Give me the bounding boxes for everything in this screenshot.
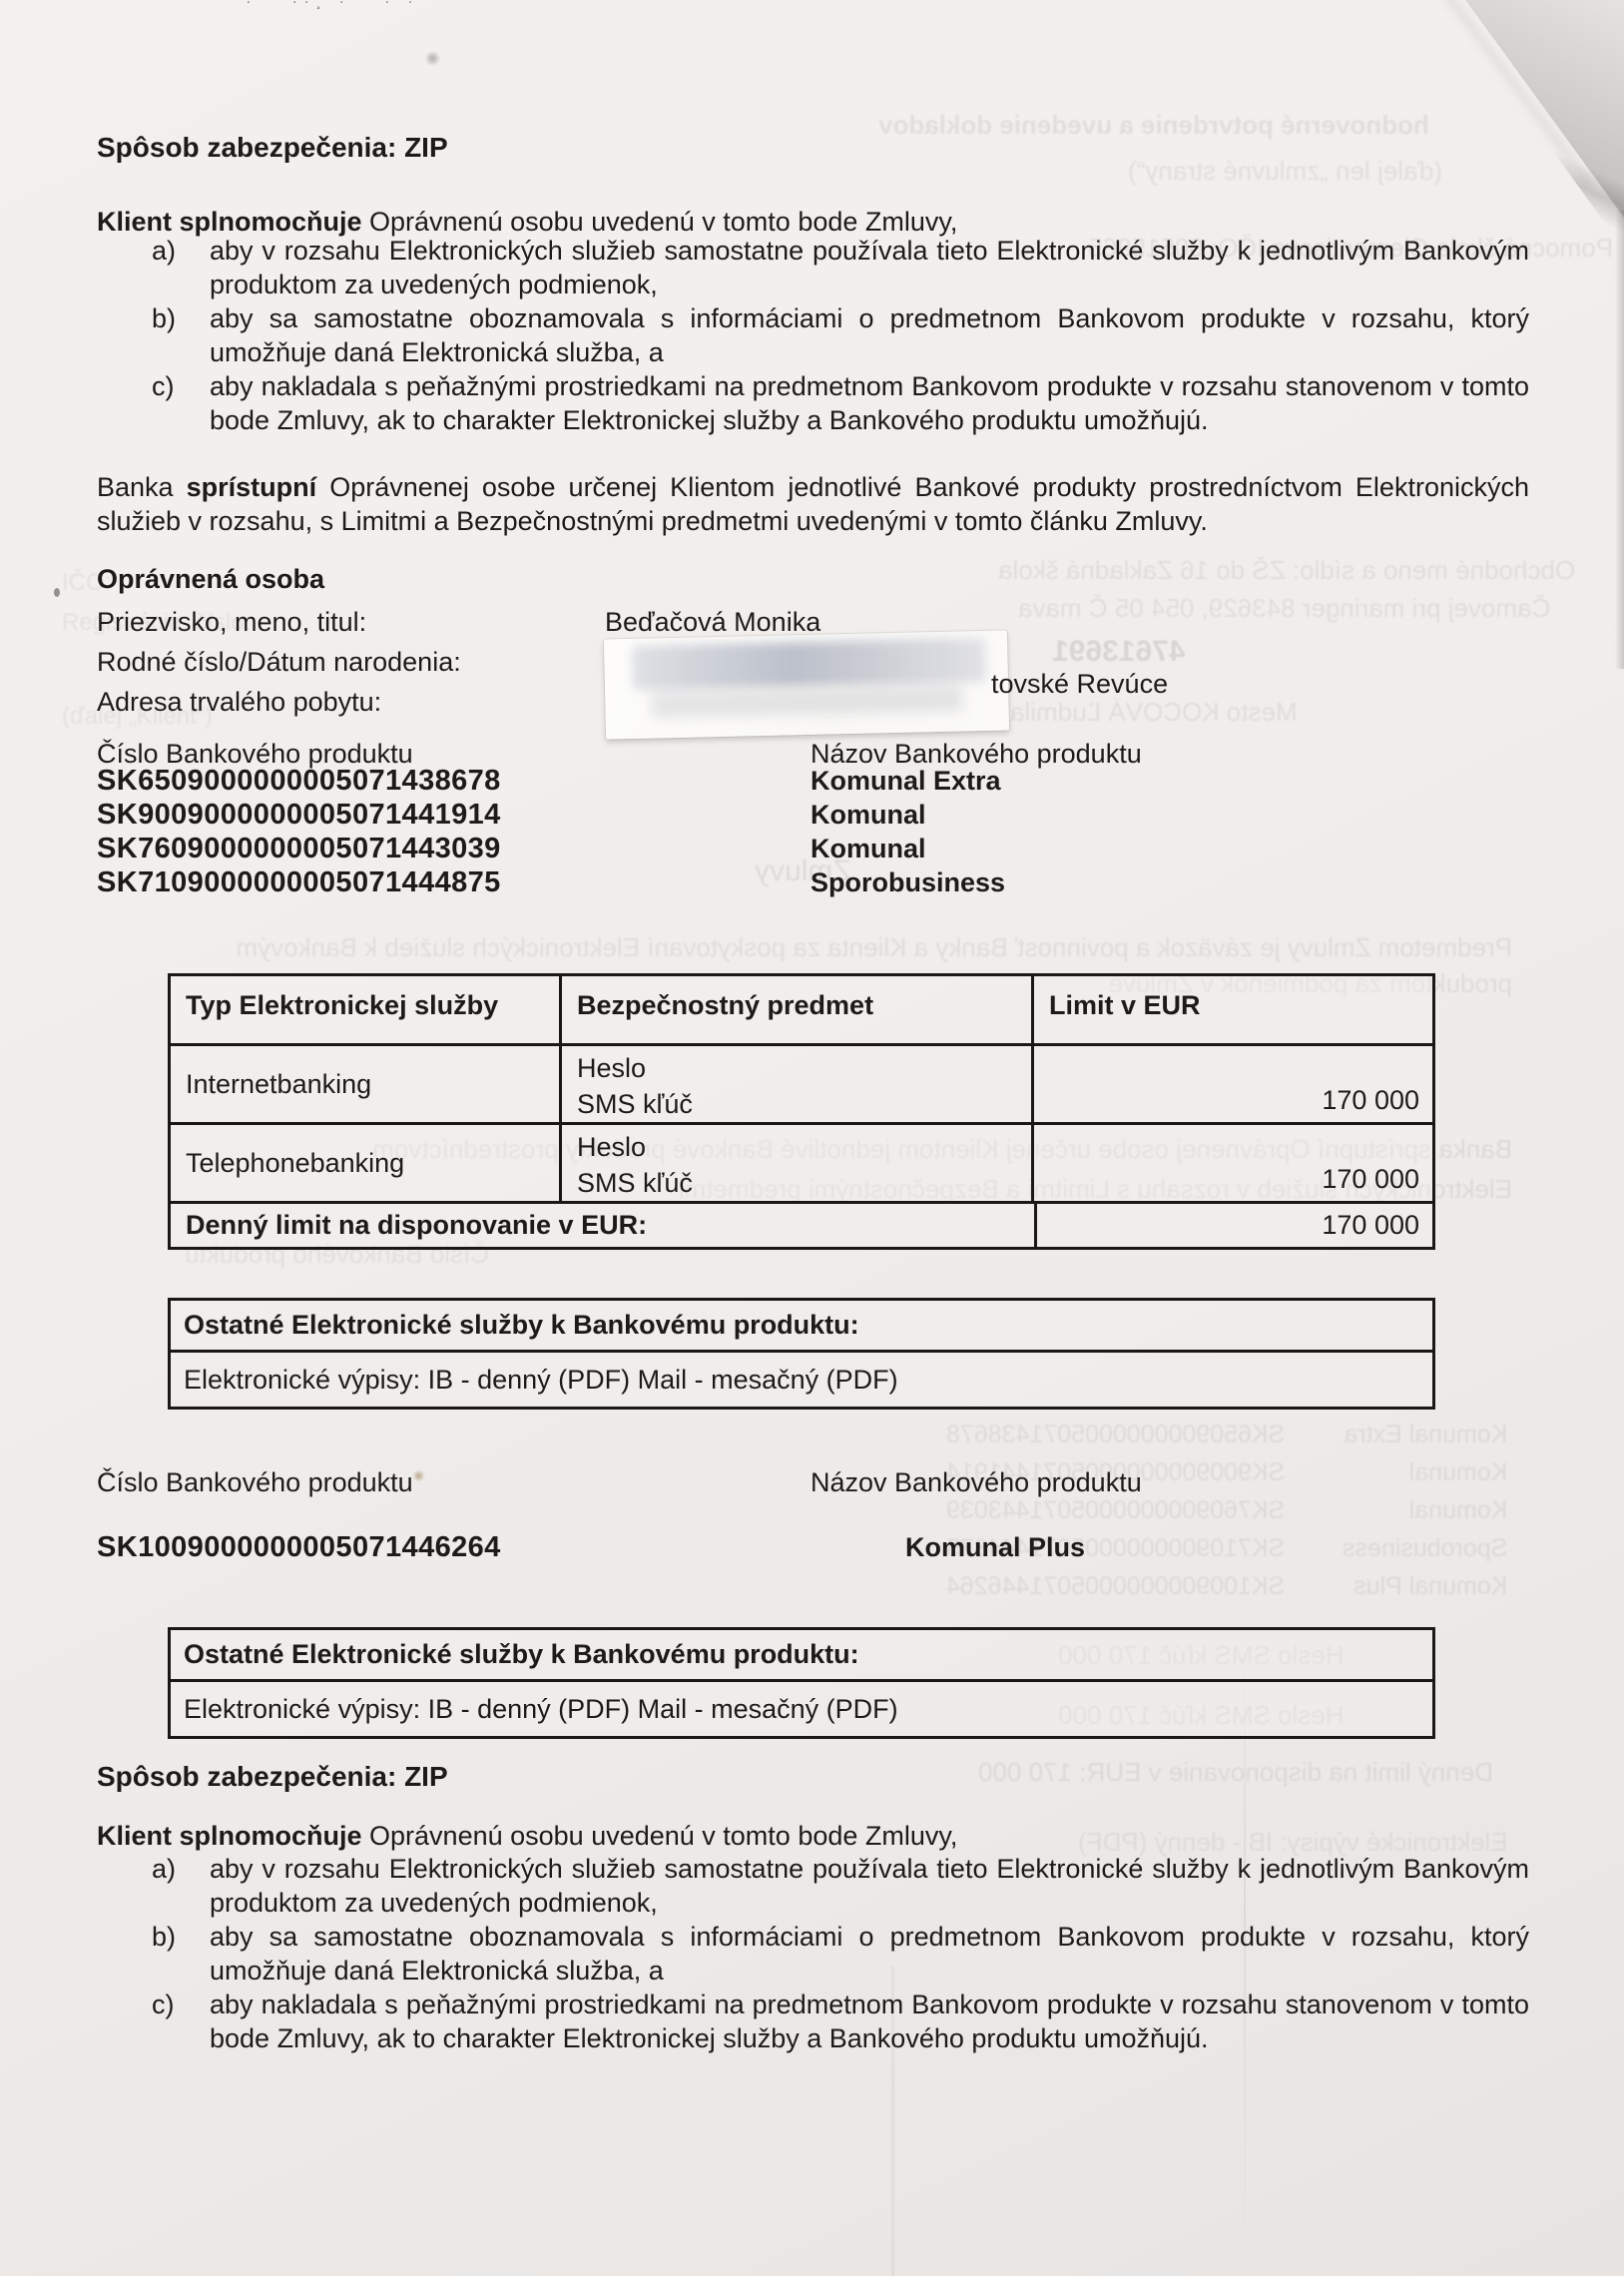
list-item-text: aby sa samostatne oboznamovala s informá…	[210, 303, 1529, 367]
client-authorizes-intro-rest: Oprávnenú osobu uvedenú v tomto bode Zml…	[362, 1821, 958, 1851]
product-name: Sporobusiness	[811, 867, 1005, 897]
service-name: Telephonebanking	[171, 1125, 562, 1201]
product-iban: SK7609000000005071443039	[97, 832, 811, 865]
client-authorizes-intro-bold: Klient splnomocňuje	[97, 207, 362, 237]
bank-paragraph-bold: sprístupní	[187, 472, 317, 502]
product-name: Komunal	[811, 800, 926, 830]
bleedthrough-text: hodnoverné potvrdenie a uvedenie doklado…	[878, 110, 1429, 141]
other-services-content: Elektronické výpisy: IB - denný (PDF) Ma…	[171, 1353, 1432, 1407]
other-services-box-1: Ostatné Elektronické služby k Bankovému …	[168, 1298, 1435, 1410]
list-item-b: b)aby sa samostatne oboznamovala s infor…	[97, 301, 1529, 369]
bank-paragraph-pre: Banka	[97, 472, 187, 502]
bleedthrough-text: SK6509000000005071438678 SK9009000000005…	[946, 1416, 1285, 1605]
client-authorizes-intro: Klient splnomocňuje Oprávnenú osobu uved…	[97, 1819, 1529, 1853]
bank-provides-paragraph: Banka sprístupní Oprávnenej osobe určene…	[97, 470, 1529, 538]
scanned-contract-page: ʼ· ˙ ··¸ ·ʼ ˙· · hodnoverné potvrdenie a…	[0, 0, 1624, 2276]
redaction-sticker	[604, 630, 1009, 739]
list-item-text: aby v rozsahu Elektronických služieb sam…	[210, 1854, 1529, 1918]
product-row: SK7109000000005071444875Sporobusiness	[97, 865, 1005, 899]
list-item-text: aby nakladala s peňažnými prostriedkami …	[210, 371, 1529, 435]
product-name: Komunal Extra	[811, 766, 1001, 796]
product-name: Komunal	[811, 834, 926, 863]
security-item: SMS kľúč	[577, 1165, 1031, 1201]
authorization-items-list: a)aby v rozsahu Elektronických služieb s…	[97, 1852, 1529, 2055]
security-method-heading: Spôsob zabezpečenia: ZIP	[97, 1760, 448, 1794]
product-iban: SK9009000000005071441914	[97, 798, 811, 832]
product-name-header: Názov Bankového produktu	[811, 1465, 1142, 1499]
covered-text-ghost	[651, 685, 963, 718]
list-marker: a)	[152, 234, 176, 268]
name-label: Priezvisko, meno, titul:	[97, 605, 366, 639]
service-name: Internetbanking	[171, 1046, 562, 1122]
product-name: Komunal Plus	[905, 1532, 1085, 1562]
other-services-content: Elektronické výpisy: IB - denný (PDF) Ma…	[171, 1682, 1432, 1736]
column-header-service-type: Typ Elektronickej služby	[171, 976, 562, 1043]
scan-speck	[54, 588, 60, 597]
product-row: SK9009000000005071441914Komunal	[97, 798, 1005, 832]
address-label: Adresa trvalého pobytu:	[97, 685, 381, 719]
product-row: SK7609000000005071443039Komunal	[97, 832, 1005, 865]
list-item-text: aby v rozsahu Elektronických služieb sam…	[210, 236, 1529, 299]
column-header-security-item: Bezpečnostný predmet	[562, 976, 1034, 1043]
list-item-text: aby sa samostatne oboznamovala s informá…	[210, 1922, 1529, 1986]
list-marker: b)	[152, 1920, 176, 1954]
security-item: SMS kľúč	[577, 1086, 1031, 1122]
other-services-heading: Ostatné Elektronické služby k Bankovému …	[171, 1301, 1432, 1353]
scan-speck	[412, 1470, 425, 1481]
limits-table-row-telephonebanking: Telephonebanking HesloSMS kľúč 170 000	[171, 1125, 1432, 1204]
product-rows: SK6509000000005071438678Komunal Extra SK…	[97, 764, 1005, 899]
product-row: SK6509000000005071438678Komunal Extra	[97, 764, 1005, 798]
authorized-person-heading: Oprávnená osoba	[97, 562, 324, 596]
product-iban: SK7109000000005071444875	[97, 865, 811, 899]
cut-off-top-text-fragment: ʼ· ˙ ··¸ ·ʼ ˙· ·	[236, 0, 419, 10]
product-row: SK1009000000005071446264Komunal Plus	[97, 1530, 1085, 1564]
limit-value: 170 000	[1034, 1046, 1432, 1122]
bleedthrough-text: Obchodné meno a sídlo: ZŠ do 16 Zakladná…	[998, 555, 1575, 586]
authorization-items-list: a)aby v rozsahu Elektronických služieb s…	[97, 234, 1529, 437]
limits-table-row-internetbanking: Internetbanking HesloSMS kľúč 170 000	[171, 1046, 1432, 1125]
bleedthrough-text: 47613691	[1052, 635, 1185, 669]
bleedthrough-text: Mesto KOCOVÁ Ľudmila	[1010, 697, 1298, 728]
security-item: Heslo	[577, 1050, 1031, 1086]
product-number-header: Číslo Bankového produktu	[97, 1465, 413, 1499]
limit-value: 170 000	[1034, 1125, 1432, 1201]
bleedthrough-text: Komunal Extra Komunal Komunal Sporobusin…	[1343, 1416, 1507, 1605]
daily-limit-value: 170 000	[1037, 1204, 1432, 1247]
daily-limit-label: Denný limit na disponovanie v EUR:	[171, 1204, 1037, 1247]
client-authorizes-intro-rest: Oprávnenú osobu uvedenú v tomto bode Zml…	[362, 207, 958, 237]
address-visible-value: tovské Revúce	[991, 667, 1168, 701]
limits-table: Typ Elektronickej služby Bezpečnostný pr…	[168, 973, 1435, 1250]
list-marker: a)	[152, 1852, 176, 1886]
list-item-a: a)aby v rozsahu Elektronických služieb s…	[97, 1852, 1529, 1920]
limits-table-footer-row: Denný limit na disponovanie v EUR: 170 0…	[171, 1204, 1432, 1247]
client-authorizes-intro-bold: Klient splnomocňuje	[97, 1821, 362, 1851]
paper-right-edge-shade	[1615, 210, 1624, 669]
other-services-heading: Ostatné Elektronické služby k Bankovému …	[171, 1630, 1432, 1682]
security-items: HesloSMS kľúč	[562, 1046, 1034, 1122]
scanner-background-corner	[1462, 0, 1624, 218]
list-item-b: b)aby sa samostatne oboznamovala s infor…	[97, 1920, 1529, 1988]
other-services-box-2: Ostatné Elektronické služby k Bankovému …	[168, 1627, 1435, 1739]
name-value: Beďačová Monika	[605, 605, 820, 639]
product-iban: SK1009000000005071446264	[97, 1530, 811, 1564]
list-item-text: aby nakladala s peňažnými prostriedkami …	[210, 1990, 1529, 2053]
product-iban: SK6509000000005071438678	[97, 764, 811, 798]
security-method-heading: Spôsob zabezpečenia: ZIP	[97, 131, 448, 165]
limits-table-header-row: Typ Elektronickej služby Bezpečnostný pr…	[171, 976, 1432, 1046]
birth-number-label: Rodné číslo/Dátum narodenia:	[97, 645, 461, 679]
bleedthrough-text: Čamovej pri maringer 843629, 054 05 Č ma…	[1018, 593, 1550, 624]
security-item: Heslo	[577, 1129, 1031, 1165]
bleedthrough-text: (ďalej len „zmluvné strany“)	[1128, 156, 1442, 187]
list-item-c: c)aby nakladala s peňažnými prostriedkam…	[97, 1988, 1529, 2055]
scan-speck	[424, 51, 441, 66]
covered-text-ghost	[632, 638, 986, 690]
list-item-a: a)aby v rozsahu Elektronických služieb s…	[97, 234, 1529, 301]
list-marker: c)	[152, 369, 175, 403]
list-marker: c)	[152, 1988, 175, 2021]
bleedthrough-text: Denný limit na disponovanie v EUR: 170 0…	[978, 1757, 1493, 1788]
list-item-c: c)aby nakladala s peňažnými prostriedkam…	[97, 369, 1529, 437]
list-marker: b)	[152, 301, 176, 335]
column-header-limit: Limit v EUR	[1034, 976, 1432, 1043]
security-items: HesloSMS kľúč	[562, 1125, 1034, 1201]
